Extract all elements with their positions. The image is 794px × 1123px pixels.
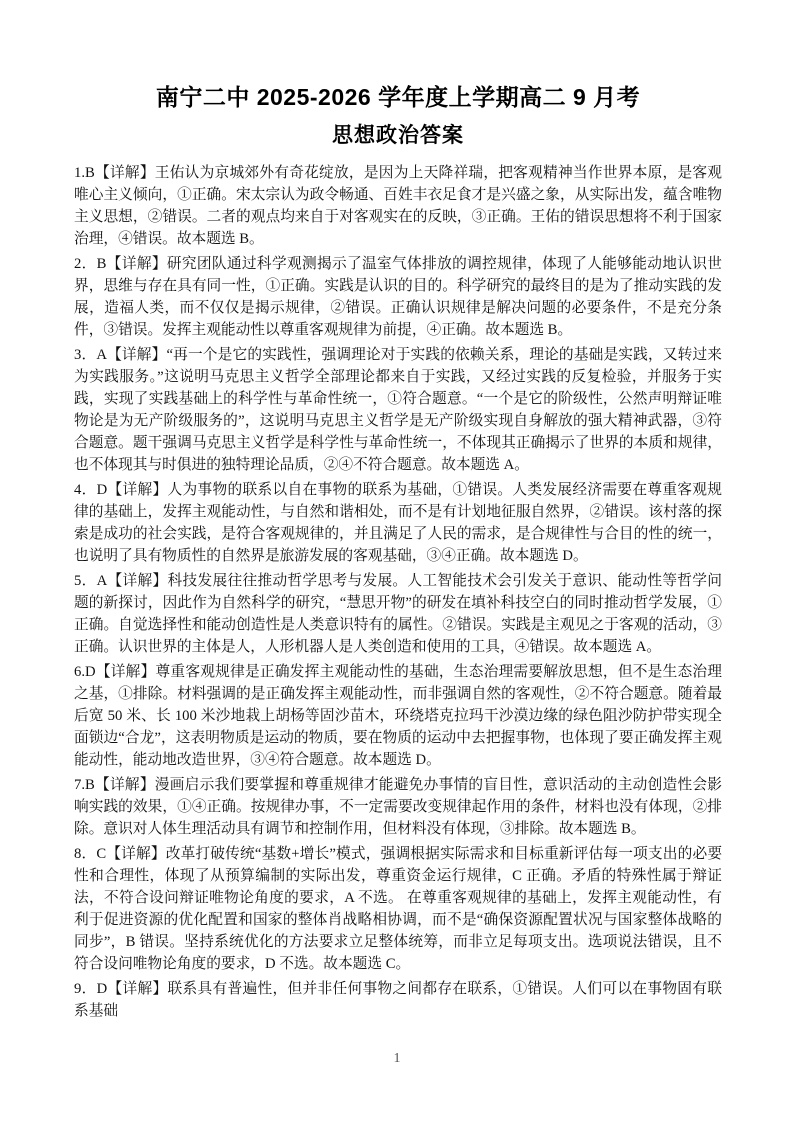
answer-explanation-1: 王佑认为京城郊外有奇花绽放，是因为上天降祥瑞，把客观精神当作世界本原，是客观唯心…	[74, 165, 722, 247]
document-page: 南宁二中 2025-2026 学年度上学期高二 9 月考 思想政治答案 1.B【…	[0, 0, 794, 1123]
answer-label-9: 9．D【详解】	[74, 981, 168, 997]
answer-explanation-4: 人为事物的联系以自在事物的联系为基础，①错误。人类发展经济需要在尊重客观规律的基…	[74, 482, 722, 564]
answer-explanation-6: 尊重客观规律是正确发挥主观能动性的基础，生态治理需要解放思想，但不是生态治理之基…	[74, 664, 722, 768]
answer-label-6: 6.D【详解】	[74, 664, 156, 680]
answer-label-4: 4．D【详解】	[74, 482, 168, 498]
answer-label-1: 1.B【详解】	[74, 165, 155, 181]
answer-item-3: 3．A【详解】“再一个是它的实践性，强调理论对于实践的依赖关系，理论的基础是实践…	[74, 344, 722, 476]
answer-explanation-8: 改革打破传统“基数+增长”模式，强调根据实际需求和目标重新评估每一项支出的必要性…	[74, 846, 722, 972]
answers-list: 1.B【详解】王佑认为京城郊外有奇花绽放，是因为上天降祥瑞，把客观精神当作世界本…	[74, 162, 722, 1022]
answer-explanation-7: 漫画启示我们要掌握和尊重规律才能避免办事情的盲目性，意识活动的主动创造性会影响实…	[74, 777, 722, 837]
answer-label-5: 5．A【详解】	[74, 573, 168, 589]
answer-explanation-9: 联系具有普遍性，但并非任何事物之间都存在联系，①错误。人们可以在事物固有联系基础	[74, 981, 722, 1019]
document-subtitle: 思想政治答案	[74, 122, 722, 149]
answer-explanation-5: 科技发展往往推动哲学思考与发展。人工智能技术会引发关于意识、能动性等哲学问题的新…	[74, 573, 722, 655]
answer-item-7: 7.B【详解】漫画启示我们要掌握和尊重规律才能避免办事情的盲目性，意识活动的主动…	[74, 774, 722, 840]
answer-item-2: 2．B【详解】研究团队通过科学观测揭示了温室气体排放的调控规律，体现了人能够能动…	[74, 253, 722, 341]
answer-item-4: 4．D【详解】人为事物的联系以自在事物的联系为基础，①错误。人类发展经济需要在尊…	[74, 479, 722, 567]
answer-explanation-3: “再一个是它的实践性，强调理论对于实践的依赖关系，理论的基础是实践，又转过来为实…	[74, 347, 722, 473]
answer-item-8: 8．C【详解】改革打破传统“基数+增长”模式，强调根据实际需求和目标重新评估每一…	[74, 843, 722, 975]
page-number: 1	[0, 1051, 794, 1067]
answer-label-3: 3．A【详解】	[74, 347, 166, 363]
answer-explanation-2: 研究团队通过科学观测揭示了温室气体排放的调控规律，体现了人能够能动地认识世界，思…	[74, 256, 722, 338]
document-title: 南宁二中 2025-2026 学年度上学期高二 9 月考	[74, 82, 722, 112]
answer-item-6: 6.D【详解】尊重客观规律是正确发挥主观能动性的基础，生态治理需要解放思想，但不…	[74, 661, 722, 771]
answer-item-9: 9．D【详解】联系具有普遍性，但并非任何事物之间都存在联系，①错误。人们可以在事…	[74, 978, 722, 1022]
answer-item-5: 5．A【详解】科技发展往往推动哲学思考与发展。人工智能技术会引发关于意识、能动性…	[74, 570, 722, 658]
answer-label-2: 2．B【详解】	[74, 256, 167, 272]
answer-label-7: 7.B【详解】	[74, 777, 155, 793]
answer-label-8: 8．C【详解】	[74, 846, 166, 862]
answer-item-1: 1.B【详解】王佑认为京城郊外有奇花绽放，是因为上天降祥瑞，把客观精神当作世界本…	[74, 162, 722, 250]
